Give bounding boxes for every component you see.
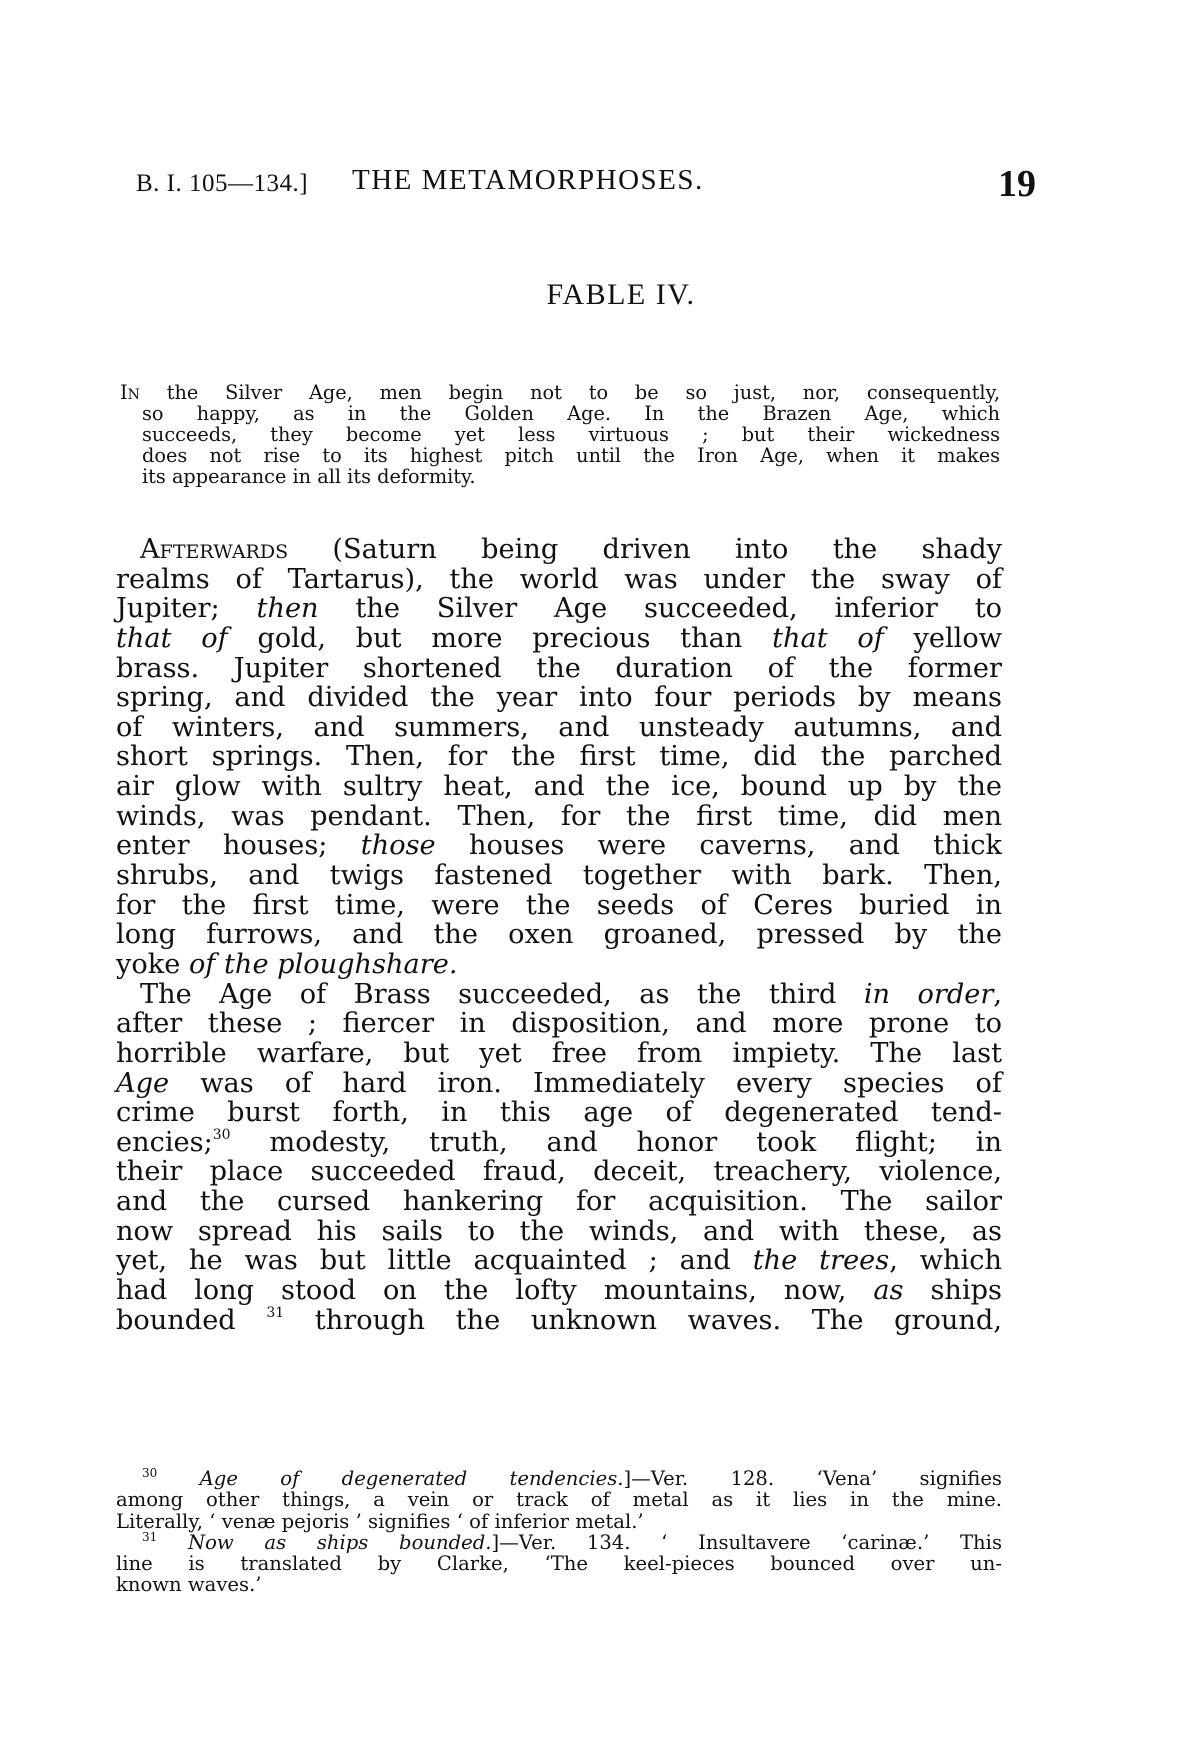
text-line: long furrows, and the oxen groaned, pres… xyxy=(116,920,1002,950)
text-run: encies; xyxy=(116,1127,213,1158)
argument-line-text: the Silver Age, men begin not to be so j… xyxy=(140,381,1000,404)
small-caps-text: Afterwards xyxy=(140,534,288,565)
text-line: that of gold, but more precious than tha… xyxy=(116,624,1002,654)
text-run: yet, he was but little acquainted ; and xyxy=(116,1245,753,1276)
fable-heading: FABLE IV. xyxy=(0,278,1182,312)
text-run: (Saturn being driven into the shady xyxy=(288,534,1002,565)
text-line: winds, was pendant. Then, for the first … xyxy=(116,802,1002,832)
text-run: their place succeeded fraud, deceit, tre… xyxy=(116,1156,1002,1187)
footnote-marker: 31 xyxy=(142,1530,157,1544)
italic-text: of the ploughshare. xyxy=(189,949,458,980)
footnote-line: Literally, ‘ venæ pejoris ’ signifies ‘ … xyxy=(116,1511,1002,1532)
text-run: The Age of Brass succeeded, as the third xyxy=(140,979,864,1010)
text-run: through the unknown waves. The ground, xyxy=(284,1305,1002,1336)
italic-text: the trees xyxy=(753,1245,890,1276)
text-run: houses were caverns, and thick xyxy=(436,830,1002,861)
italic-text: as xyxy=(873,1275,903,1306)
text-run xyxy=(157,1467,199,1490)
text-line: for the first time, were the seeds of Ce… xyxy=(116,891,1002,921)
argument-line: succeeds, they become yet less virtuous … xyxy=(120,424,1000,445)
text-run: for the first time, were the seeds of Ce… xyxy=(116,890,1002,921)
text-line: bounded 31 through the unknown waves. Th… xyxy=(116,1306,1002,1336)
text-line: Jupiter; then the Silver Age succeeded, … xyxy=(116,594,1002,624)
page-number: 19 xyxy=(998,162,1036,206)
text-run: crime burst forth, in this age of degene… xyxy=(116,1097,1002,1128)
text-line: short springs. Then, for the first time,… xyxy=(116,742,1002,772)
argument-line: In the Silver Age, men begin not to be s… xyxy=(120,382,1000,403)
text-run: yoke xyxy=(116,949,189,980)
text-run: gold, but more precious than xyxy=(228,623,772,654)
text-run: known waves.’ xyxy=(116,1573,262,1596)
text-line: yoke of the ploughshare. xyxy=(116,950,1002,980)
footnotes: 30 Age of degenerated tendencies.]—Ver. … xyxy=(116,1468,1002,1596)
text-line: spring, and divided the year into four p… xyxy=(116,683,1002,713)
text-line: had long stood on the lofty mountains, n… xyxy=(116,1276,1002,1306)
footnote-line: 31 Now as ships bounded.]—Ver. 134. ‘ In… xyxy=(116,1532,1002,1553)
text-line: air glow with sultry heat, and the ice, … xyxy=(116,772,1002,802)
fable-argument: In the Silver Age, men begin not to be s… xyxy=(120,382,1000,487)
text-line: now spread his sails to the winds, and w… xyxy=(116,1217,1002,1247)
text-run: Literally, ‘ venæ pejoris ’ signifies ‘ … xyxy=(116,1510,644,1533)
text-line: The Age of Brass succeeded, as the third… xyxy=(116,980,1002,1010)
text-run: brass. Jupiter shortened the duration of… xyxy=(116,653,1002,684)
footnote-line: line is translated by Clarke, ‘The keel-… xyxy=(116,1553,1002,1574)
running-head: B. I. 105—134.] THE METAMORPHOSES. 19 xyxy=(136,160,1036,210)
text-run: , xyxy=(993,979,1002,1010)
italic-text: Now as ships bounded. xyxy=(188,1531,492,1554)
running-title: THE METAMORPHOSES. xyxy=(352,164,704,197)
text-run: air glow with sultry heat, and the ice, … xyxy=(116,771,1002,802)
text-line: of winters, and summers, and unsteady au… xyxy=(116,713,1002,743)
italic-text: those xyxy=(361,830,436,861)
text-line: their place succeeded fraud, deceit, tre… xyxy=(116,1157,1002,1187)
text-line: shrubs, and twigs fastened together with… xyxy=(116,861,1002,891)
text-line: crime burst forth, in this age of degene… xyxy=(116,1098,1002,1128)
text-run: now spread his sails to the winds, and w… xyxy=(116,1216,1002,1247)
text-line: after these ; fiercer in disposition, an… xyxy=(116,1009,1002,1039)
italic-text: Age xyxy=(116,1068,169,1099)
text-line: enter houses; those houses were caverns,… xyxy=(116,831,1002,861)
footnote-line: 30 Age of degenerated tendencies.]—Ver. … xyxy=(116,1468,1002,1489)
italic-text: that of xyxy=(116,623,228,654)
text-run: shrubs, and twigs fastened together with… xyxy=(116,860,1002,891)
italic-text: that of xyxy=(772,623,884,654)
argument-line: does not rise to its highest pitch until… xyxy=(120,445,1000,466)
text-run: horrible warfare, but yet free from impi… xyxy=(116,1038,1002,1069)
italic-text: Age of degenerated tendencies. xyxy=(200,1467,624,1490)
text-run: modesty, truth, and honor took flight; i… xyxy=(231,1127,1002,1158)
text-run: short springs. Then, for the first time,… xyxy=(116,741,1002,772)
book-line-reference: B. I. 105—134.] xyxy=(136,170,308,198)
text-run: ]—Ver. 128. ‘Vena’ signifies xyxy=(624,1467,1002,1490)
text-run: the Silver Age succeeded, inferior to xyxy=(319,593,1002,624)
footnote-marker: 31 xyxy=(266,1305,284,1321)
text-line: realms of Tartarus), the world was under… xyxy=(116,565,1002,595)
text-run: bounded xyxy=(116,1305,266,1336)
text-run: long furrows, and the oxen groaned, pres… xyxy=(116,919,1002,950)
text-run: after these ; fiercer in disposition, an… xyxy=(116,1008,1002,1039)
argument-lead-word: In xyxy=(120,381,140,404)
text-line: encies;30 modesty, truth, and honor took… xyxy=(116,1128,1002,1158)
text-run: spring, and divided the year into four p… xyxy=(116,682,1002,713)
italic-text: in order xyxy=(864,979,994,1010)
text-run: of winters, and summers, and unsteady au… xyxy=(116,712,1002,743)
text-run: and the cursed hankering for acquisition… xyxy=(116,1186,1002,1217)
footnote-marker: 30 xyxy=(213,1127,231,1143)
text-line: brass. Jupiter shortened the duration of… xyxy=(116,654,1002,684)
text-run: enter houses; xyxy=(116,830,361,861)
text-run: yellow xyxy=(884,623,1002,654)
text-run xyxy=(157,1531,188,1554)
footnote-marker: 30 xyxy=(142,1466,157,1480)
text-run: line is translated by Clarke, ‘The keel-… xyxy=(116,1552,1002,1575)
argument-line: its appearance in all its deformity. xyxy=(120,466,1000,487)
text-run: among other things, a vein or track of m… xyxy=(116,1488,1002,1511)
text-run: was of hard iron. Immediately every spec… xyxy=(169,1068,1002,1099)
argument-line: so happy, as in the Golden Age. In the B… xyxy=(120,403,1000,424)
footnote-line: among other things, a vein or track of m… xyxy=(116,1489,1002,1510)
text-run: had long stood on the lofty mountains, n… xyxy=(116,1275,873,1306)
text-run: Jupiter; xyxy=(116,593,257,624)
text-run: winds, was pendant. Then, for the first … xyxy=(116,801,1002,832)
text-run: ships xyxy=(904,1275,1002,1306)
text-run: realms of Tartarus), the world was under… xyxy=(116,564,1002,595)
footnote-line: known waves.’ xyxy=(116,1574,1002,1595)
text-line: horrible warfare, but yet free from impi… xyxy=(116,1039,1002,1069)
text-line: Afterwards (Saturn being driven into the… xyxy=(116,535,1002,565)
text-run: ]—Ver. 134. ‘ Insultavere ‘carinæ.’ This xyxy=(492,1531,1002,1554)
text-line: and the cursed hankering for acquisition… xyxy=(116,1187,1002,1217)
text-line: yet, he was but little acquainted ; and … xyxy=(116,1246,1002,1276)
italic-text: then xyxy=(257,593,319,624)
text-run: , which xyxy=(889,1245,1002,1276)
book-page: B. I. 105—134.] THE METAMORPHOSES. 19 FA… xyxy=(0,0,1182,1759)
text-line: Age was of hard iron. Immediately every … xyxy=(116,1069,1002,1099)
main-text: Afterwards (Saturn being driven into the… xyxy=(116,535,1002,1335)
